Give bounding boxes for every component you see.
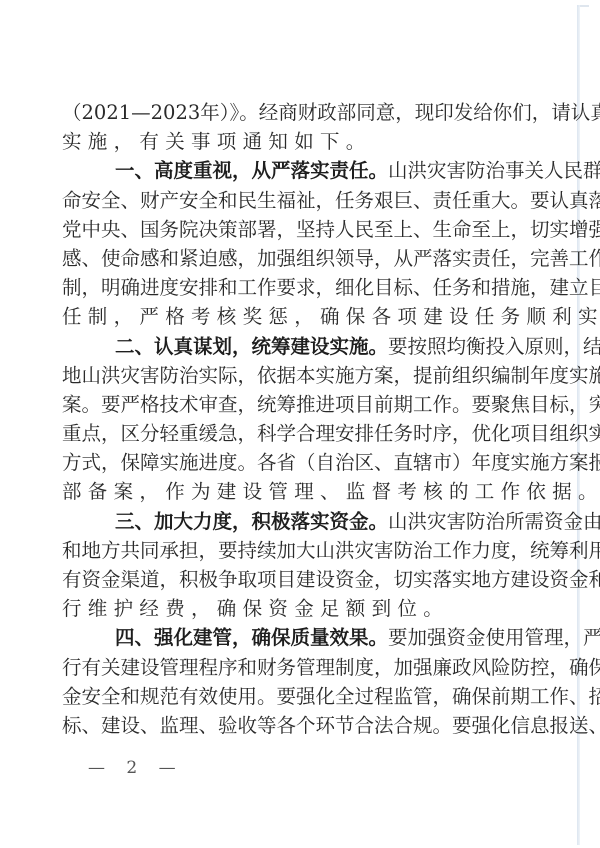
page-number: — 2 —	[88, 758, 184, 778]
section-heading: 一、高度重视，从严落实责任。	[115, 159, 388, 182]
text-line: 感、使命感和紧迫感，加强组织领导，从严落实责任，完善工作机	[62, 244, 516, 273]
text-line: 任制，严格考核奖惩，确保各项建设任务顺利实施。	[62, 302, 516, 331]
text-line: 部备案，作为建设管理、监督考核的工作依据。	[62, 477, 516, 506]
text-line: 实施，有关事项通知如下。	[62, 127, 516, 156]
section-heading: 二、认真谋划，统筹建设实施。	[115, 335, 388, 358]
text-line: 和地方共同承担，要持续加大山洪灾害防治工作力度，统筹利用现	[62, 536, 516, 565]
text-line: 重点，区分轻重缓急，科学合理安排任务时序，优化项目组织实施	[62, 419, 516, 448]
section-heading-line: 一、高度重视，从严落实责任。山洪灾害防治事关人民群众生	[62, 156, 516, 185]
text-line: 金安全和规范有效使用。要强化全过程监管，确保前期工作、招投	[62, 682, 516, 711]
section-heading-line: 四、强化建管，确保质量效果。要加强资金使用管理，严格执	[62, 623, 516, 652]
text-line: 行有关建设管理程序和财务管理制度，加强廉政风险防控，确保资	[62, 653, 516, 682]
text-line: 制，明确进度安排和工作要求，细化目标、任务和措施，建立目标责	[62, 273, 516, 302]
text-line: （2021—2023年）》。经商财政部同意，现印发给你们，请认真组织	[62, 98, 516, 127]
text-line: 案。要严格技术审查，统筹推进项目前期工作。要聚焦目标，突出	[62, 390, 516, 419]
body-text: （2021—2023年）》。经商财政部同意，现印发给你们，请认真组织 实施，有关…	[62, 98, 516, 740]
text-line: 有资金渠道，积极争取项目建设资金，切实落实地方建设资金和运	[62, 565, 516, 594]
text-line: 标、建设、监理、验收等各个环节合法合规。要强化信息报送、公示	[62, 711, 516, 740]
section-heading-line: 三、加大力度，积极落实资金。山洪灾害防治所需资金由中央	[62, 507, 516, 536]
text-line: 命安全、财产安全和民生福祉，任务艰巨、责任重大。要认真落实	[62, 186, 516, 215]
text-line: 地山洪灾害防治实际，依据本实施方案，提前组织编制年度实施方	[62, 361, 516, 390]
text-line: 行维护经费，确保资金足额到位。	[62, 594, 516, 623]
section-heading: 三、加大力度，积极落实资金。	[115, 510, 388, 533]
section-heading-line: 二、认真谋划，统筹建设实施。要按照均衡投入原则，结合本	[62, 332, 516, 361]
text-line: 党中央、国务院决策部署，坚持人民至上、生命至上，切实增强责任	[62, 215, 516, 244]
section-heading: 四、强化建管，确保质量效果。	[115, 626, 388, 649]
document-page: （2021—2023年）》。经商财政部同意，现印发给你们，请认真组织 实施，有关…	[0, 0, 600, 848]
text-line: 方式，保障实施进度。各省（自治区、直辖市）年度实施方案报水利	[62, 448, 516, 477]
